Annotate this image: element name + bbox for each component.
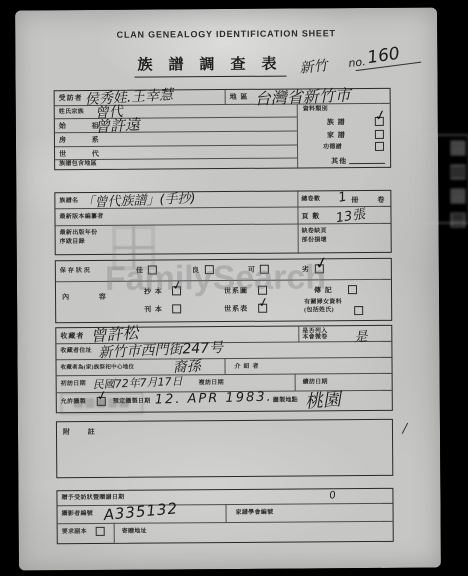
checkbox-gongdepu xyxy=(375,142,384,151)
notes-label: 附 註 xyxy=(63,428,103,436)
page-title: 族譜調查表 xyxy=(137,53,292,75)
listed-value: 是 xyxy=(354,326,368,346)
collector-address-label: 收藏者住址 xyxy=(60,348,92,355)
checkbox-manuscript: ✓ xyxy=(172,286,181,295)
checkbox-lineage-chart xyxy=(258,286,267,295)
worship-center-label: 收藏者為(家)族祭祀中心地位 xyxy=(61,365,135,372)
divider xyxy=(114,523,115,543)
unit-volume-label: 卷 xyxy=(377,196,385,204)
checkbox-copy-request xyxy=(96,527,105,536)
women-data-label: 有關婦女資料 xyxy=(304,299,342,306)
checkbox-zupu: ✓ xyxy=(375,117,384,126)
title-underline xyxy=(135,76,287,78)
film-place-value: 桃園 xyxy=(304,385,342,414)
biography-label: 傳 記 xyxy=(314,286,333,294)
editor-label: 最新版本編纂者 xyxy=(59,214,103,221)
introducer-label: 介紹者 xyxy=(235,364,262,371)
form-paper: CLAN GENEALOGY IDENTIFICATION SHEET 族譜調查… xyxy=(15,8,441,571)
section-notes: 附 註 xyxy=(56,419,393,478)
divider xyxy=(297,104,298,168)
checkbox-fair xyxy=(260,265,269,274)
check-mark: ✓ xyxy=(373,107,388,125)
condition-label: 保存狀況 xyxy=(60,268,92,275)
english-title: CLAN GENEALOGY IDENTIFICATION SHEET xyxy=(15,28,437,41)
copy-request-label: 要求副本 xyxy=(62,529,87,536)
checkbox-women-data xyxy=(354,306,363,315)
hw-region-note: 新竹 xyxy=(299,55,329,78)
condition-fine-label: 良 xyxy=(192,266,200,274)
section-admin: 贈予受訪狀暨贈譜日期 0 攝影者編號 A335132 家譜學會編號 要求副本 寄… xyxy=(56,488,393,544)
genealogy-title-label: 族譜名 xyxy=(59,198,78,205)
first-visit-label: 初訪日期 xyxy=(61,381,86,388)
category-gongdepu-label: 功德譜 xyxy=(323,144,342,151)
divider xyxy=(224,358,225,374)
founder-value: 曾許遠 xyxy=(94,113,140,137)
stamp-artifact-bottom-left: ▤▥▦▥▤ xyxy=(61,393,143,415)
mail-address-label: 寄贈地址 xyxy=(122,529,147,536)
divider xyxy=(55,131,297,134)
area-value: 台灣省新竹市 xyxy=(254,82,351,109)
category-zupu-label: 族 譜 xyxy=(327,118,346,126)
category-jiapu-label: 家 譜 xyxy=(327,131,346,139)
checkbox-printed xyxy=(172,304,181,313)
photographer-no-label: 攝影者編號 xyxy=(62,511,94,518)
preface-index-label: 序跋目錄 xyxy=(60,239,85,246)
checkbox-poor: ✓ xyxy=(315,264,324,273)
society-no-label: 家譜學會編號 xyxy=(236,510,274,517)
listed-label-line2: 本會微卷 xyxy=(302,334,327,341)
area-label: 地 區 xyxy=(230,93,249,101)
branch-label: 房 系 xyxy=(59,136,111,144)
condition-poor-label: 劣 xyxy=(302,265,310,273)
category-other-label: 其他 xyxy=(331,157,347,165)
partial-damage-label: 部份損壞 xyxy=(302,237,327,244)
divider xyxy=(56,279,391,282)
section-volume-info: 族譜名 「曾代族譜」(手抄) 總卷數 1 冊 卷 最新版本編纂者 頁 數 13張… xyxy=(54,190,391,255)
second-visit-label: 複訪日期 xyxy=(199,380,224,387)
film-date-value: 12. APR 1983. xyxy=(155,390,273,408)
volumes-label: 總卷數 xyxy=(301,196,320,203)
divider xyxy=(55,145,297,148)
check-mark: ✓ xyxy=(313,252,330,273)
collector-label: 收藏者 xyxy=(60,332,84,340)
printed-label: 刊 本 xyxy=(144,305,163,313)
divider xyxy=(55,117,297,120)
condition-fair-label: 可 xyxy=(248,266,256,274)
checkbox-lineage-table: ✓ xyxy=(258,304,267,313)
volumes-value: 1 xyxy=(337,190,348,206)
other-fill-line xyxy=(349,163,385,164)
hw-no-label: no. xyxy=(348,55,367,70)
gift-hw-mark: 0 xyxy=(329,490,337,502)
interviewee-label: 受訪者 xyxy=(59,94,83,102)
content-label: 內 容 xyxy=(62,293,120,301)
film-place-label: 攝製地點 xyxy=(273,398,298,405)
lineage-chart-label: 世系圖 xyxy=(224,287,248,295)
divider xyxy=(225,90,226,104)
coverage-label: 族譜包含地區 xyxy=(59,161,97,168)
gift-date-label: 贈予受訪狀暨贈譜日期 xyxy=(61,495,124,502)
check-mark: ✓ xyxy=(257,295,271,312)
section-condition: 保存狀況 佳 良 可 劣 ✓ 內 容 抄 本 ✓ 世系圖 傳 記 刊 本 世系表… xyxy=(55,258,392,323)
photographer-no-value: A335132 xyxy=(103,499,179,524)
divider xyxy=(297,192,298,253)
stray-pen-mark xyxy=(402,423,408,434)
divider xyxy=(295,374,296,391)
section-basic-info: 受訪者 侯秀娃.王幸慧 地 區 台灣省新竹市 姓氏宗族 曾代 始 祖 曾許遠 房… xyxy=(54,88,392,170)
women-data-sublabel: (包括姓氏) xyxy=(304,307,334,314)
divider xyxy=(298,327,299,342)
category-label: 資料類別 xyxy=(303,106,328,113)
missing-pages-label: 缺卷缺頁 xyxy=(302,228,327,235)
generation-label: 世 代 xyxy=(59,150,111,158)
lineage-table-label: 世系表 xyxy=(224,305,248,313)
scanned-microfilm-page: { "header": { "english_title": "CLAN GEN… xyxy=(0,0,468,576)
checkbox-biography xyxy=(348,285,357,294)
divider xyxy=(226,504,227,522)
watermark-logo-artifact xyxy=(113,226,155,270)
publish-year-label: 最新出版年份 xyxy=(60,230,98,237)
checkbox-fine xyxy=(205,265,214,274)
manuscript-label: 抄 本 xyxy=(144,287,163,295)
pages-label: 頁 數 xyxy=(301,212,320,220)
clan-label: 姓氏宗族 xyxy=(59,109,84,116)
stamp-artifact-right-edge: ▦▥▦▤ xyxy=(412,134,468,224)
checkbox-jiapu xyxy=(375,130,384,139)
